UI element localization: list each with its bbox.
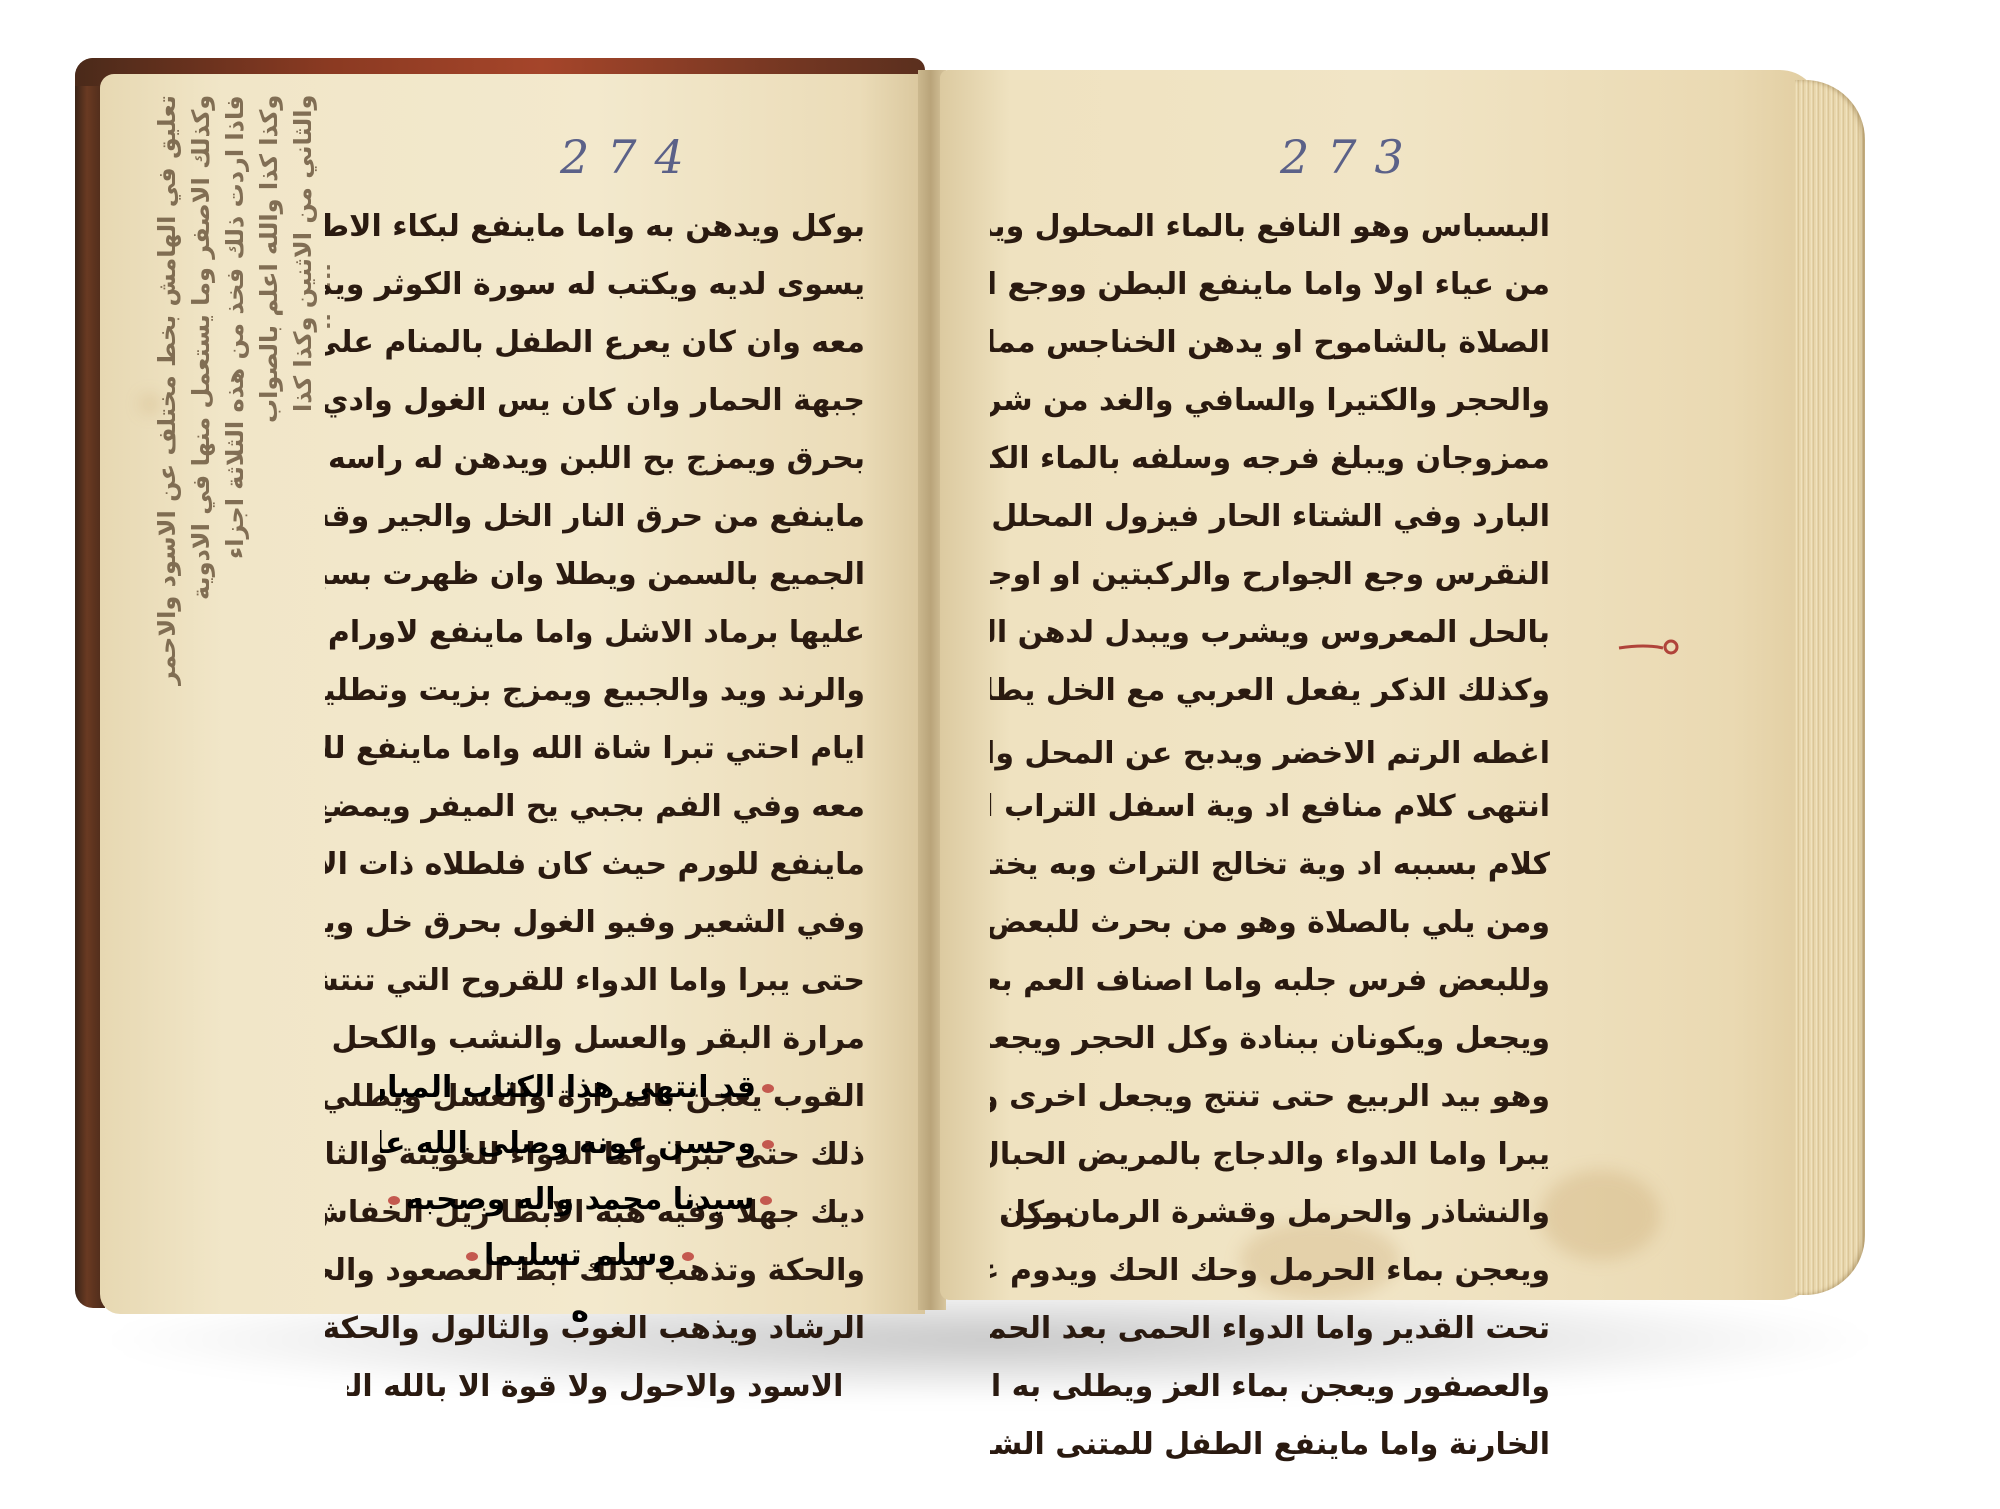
text-line: وفي الشعير وفيو الغول بحرق خل ويطلا ويدا… <box>325 894 865 952</box>
text-line: الصلاة بالشاموح او يدهن الخناجس ممارية ه… <box>990 314 1550 372</box>
text-line: الخارنة واما ماينفع الطفل للمتنى الشمع و… <box>990 1416 1550 1474</box>
text-line: عليها برماد الاشل واما ماينفع لاورام ساق… <box>325 604 865 662</box>
text-line: من عياء اولا واما ماينفع البطن ووجع الحج… <box>990 256 1550 314</box>
text-line-with-heading: اغطه الرتم الاخضر ويدبح عن المحل والسلام… <box>990 720 1550 778</box>
marginal-note-line: تعليق في الهامش بخط مختلف عن الاسود والا… <box>150 95 184 1275</box>
colophon-line: وحسن عونه وصلى الله على <box>380 1116 780 1172</box>
text-line: البسباس وهو النافع بالماء المحلول ويزيد … <box>990 198 1550 256</box>
text-line: والحجر والكتيرا والسافي والغد من شرب الخ… <box>990 372 1550 430</box>
text-line: الاسود والاحول ولا قوة الا بالله العلي ا… <box>347 1358 844 1416</box>
colophon-line: قد انتهى هذا الكتاب المبارك بحمد الله <box>380 1060 780 1116</box>
marginal-note-line: فاذا اردت ذلك فخذ من هذه الثلاثة اجزاء <box>218 95 252 1275</box>
text-line: بحرق ويمزج بح اللبن ويدهن له راسه بيرام … <box>325 430 865 488</box>
text-line: البارد وفي الشتاء الحار فيزول المحلل الا… <box>990 488 1550 546</box>
text-line: الجميع بالسمن ويطلا وان ظهرت بسببه حبوب … <box>325 546 865 604</box>
marginal-note-line: وكذلك الاصفر وما يستعمل منها في الادوية <box>184 95 218 1275</box>
paper-stain <box>1540 1170 1660 1260</box>
marginal-note-line: وكذا كذا والله اعلم بالصواب <box>252 95 286 1275</box>
text-line: يسوى لديه ويكتب له سورة الكوثر ويمحى ويت… <box>325 256 865 314</box>
text-line: ويجعل ويكونان ببنادة وكل الحجر ويجعل في … <box>990 1010 1550 1068</box>
section-text: اغطه الرتم الاخضر ويدبح عن المحل والسلام <box>990 736 1550 771</box>
text-line: ممزوجان ويبلغ فرجه وسلفه بالماء الكثير و… <box>990 430 1550 488</box>
text-line: كلام بسببه اد وية تخالج التراث وبه يختم … <box>990 836 1550 894</box>
colophon: قد انتهى هذا الكتاب المبارك بحمد الله وح… <box>380 1060 780 1340</box>
text-line: وللبعض فرس جلبه واما اصناف العم بعلاج با… <box>990 952 1550 1010</box>
right-page-text: البسباس وهو النافع بالماء المحلول ويزيد … <box>990 198 1550 1474</box>
text-line: النقرس وجع الجوارح والركبتين او اوجاع ال… <box>990 546 1550 604</box>
colophon-line: وسلم تسليما <box>380 1228 780 1284</box>
text-line: ومن يلي بالصلاة وهو من بحرث للبعض نجد لل… <box>990 894 1550 952</box>
catchword: بوكل <box>1000 1195 1074 1230</box>
text-line: والعصفور ويعجن بماء العز ويطلى به الحسد … <box>990 1358 1550 1416</box>
text-line: ايام احتي تبرا شاة الله واما ماينفع للار… <box>325 720 865 778</box>
colophon-line: سيدنا محمد واله وصحبه <box>380 1172 780 1228</box>
text-line: جبهة الحمار وان كان يس الغول وادي عظم ال… <box>325 372 865 430</box>
page-block-edges <box>1795 80 1865 1295</box>
text-line: بالحل المعروس ويشرب ويبدل لدهن الظهر ومس… <box>990 604 1550 662</box>
folio-number-right: 273 <box>1280 130 1422 184</box>
text-line: ماينفع من حرق النار الخل والجير وقشرة ال… <box>325 488 865 546</box>
text-line: وكذلك الذكر يفعل العربي مع الخل يطلى به … <box>990 662 1550 720</box>
text-line: انتهى كلام منافع اد وية اسفل التراب الان… <box>990 778 1550 836</box>
marginal-note-line: والثاني من الاثنين وكذا كذا <box>286 95 320 1275</box>
text-line: والرند ويد والجبيع ويمزج بزيت وتطليها وت… <box>325 662 865 720</box>
text-line: ماينفع للورم حيث كان فلطلاه ذات الاستقان… <box>325 836 865 894</box>
text-line: حتى يبرا واما الدواء للقروح التي تنتشر ب… <box>325 952 865 1010</box>
text-line: يبرا واما الدواء والدجاج بالمريض الحبال … <box>990 1126 1550 1184</box>
text-line: تحت القدير واما الدواء الحمى بعد الحمى و… <box>990 1300 1550 1358</box>
marginal-notes: تعليق في الهامش بخط مختلف عن الاسود والا… <box>150 95 330 1275</box>
end-mark: ه <box>380 1284 780 1340</box>
text-line: معه وان كان يعرع الطفل بالمنام على عليه … <box>325 314 865 372</box>
text-line: وهو بيد الربيع حتى تنتج ويجعل اخرى ويكون… <box>990 1068 1550 1126</box>
text-line: ويعجن بماء الحرمل وحك الحك ويدوم على ذلك… <box>990 1242 1550 1300</box>
folio-number-left: 274 <box>560 130 702 184</box>
text-line: معه وفي الفم بجبي يح الميفر ويمضغ لذلك ا… <box>325 778 865 836</box>
text-line: بوكل ويدهن به واما ماينفع لبكاء الاطفال … <box>325 198 865 256</box>
rubric-margin-mark-icon <box>1615 638 1679 658</box>
